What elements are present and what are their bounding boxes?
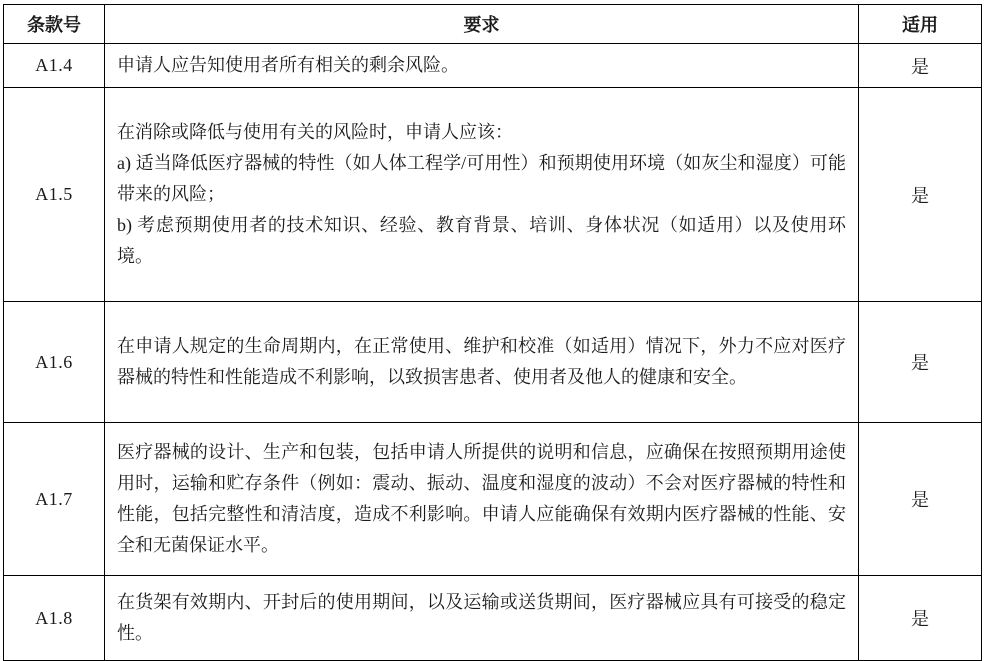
clause-number: A1.5 [4,88,105,302]
table-row: A1.4 申请人应告知使用者所有相关的剩余风险。 是 [4,44,982,88]
applicable-value: 是 [859,576,982,652]
table-row: A1.7 医疗器械的设计、生产和包装，包括申请人所提供的说明和信息，应确保在按照… [4,423,982,576]
clause-number: A1.6 [4,302,105,423]
clause-number: A1.4 [4,44,105,88]
applicable-value: 是 [859,302,982,423]
table-row: A1.8 在货架有效期内、开封后的使用期间，以及运输或送货期间，医疗器械应具有可… [4,576,982,652]
applicable-value: 是 [859,88,982,302]
requirement-text: 在申请人规定的生命周期内，在正常使用、维护和校准（如适用）情况下，外力不应对医疗… [105,302,859,423]
table-row: A1.5 在消除或降低与使用有关的风险时，申请人应该： a) 适当降低医疗器械的… [4,88,982,302]
applicable-value: 是 [859,44,982,88]
requirement-text: 申请人应告知使用者所有相关的剩余风险。 [105,44,859,88]
requirement-text: 医疗器械的设计、生产和包装，包括申请人所提供的说明和信息，应确保在按照预期用途使… [105,423,859,576]
requirement-text: 在货架有效期内、开封后的使用期间，以及运输或送货期间，医疗器械应具有可接受的稳定… [105,576,859,652]
clause-number: A1.7 [4,423,105,576]
header-clause-number: 条款号 [4,5,105,44]
requirement-text: 在消除或降低与使用有关的风险时，申请人应该： a) 适当降低医疗器械的特性（如人… [105,88,859,302]
header-requirement: 要求 [105,5,859,44]
table-header-row: 条款号 要求 适用 [4,5,982,44]
header-applicable: 适用 [859,5,982,44]
clause-number: A1.8 [4,576,105,652]
table-row: A1.6 在申请人规定的生命周期内，在正常使用、维护和校准（如适用）情况下，外力… [4,302,982,423]
applicable-value: 是 [859,423,982,576]
requirements-table: 条款号 要求 适用 A1.4 申请人应告知使用者所有相关的剩余风险。 是 A1.… [3,4,982,651]
